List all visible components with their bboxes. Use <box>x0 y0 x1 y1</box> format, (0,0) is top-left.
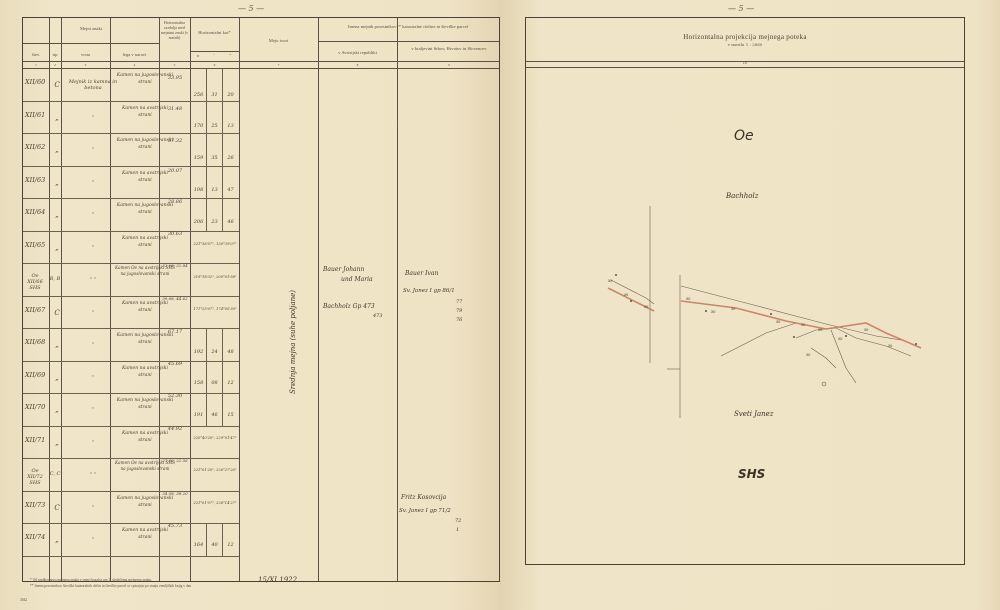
angle-pair: 221°01'07", 226°14'27" <box>191 501 239 505</box>
angle-min: 08 <box>207 380 222 386</box>
mark-kind: „ <box>63 339 123 345</box>
mark-number: XII/69 <box>25 371 45 379</box>
mark-kind: „ <box>63 177 123 183</box>
page-number: — 5 — <box>728 4 754 13</box>
col-num: 5 <box>159 62 190 68</box>
angle-deg: 198 <box>191 187 206 193</box>
owner-name: Bauer Ivan <box>405 270 438 277</box>
mark-kind: „ „ <box>63 469 123 475</box>
svg-text:XII: XII <box>711 310 715 314</box>
owner-parcel: 77 <box>456 299 462 305</box>
distance-value: 20.07 <box>160 168 190 174</box>
mark-number: XII/74 <box>25 533 45 541</box>
svg-text:XII: XII <box>686 297 690 301</box>
owner-name: Bauer Johann <box>323 266 364 273</box>
angle-sec: 46 <box>223 219 238 225</box>
mark-number: XII/68 <box>25 338 45 346</box>
distance-value: 45.69 <box>160 361 190 367</box>
table-row: Oe XII/72 SHS C, C „ „ Kamen Oe na avstr… <box>23 459 239 492</box>
left-page: — 5 — Mejni znaki Horizontalna razdalja … <box>0 0 500 610</box>
angle-sec: 48 <box>223 349 238 355</box>
imprint-number: 3042 <box>20 598 27 602</box>
boundary-map-sketch: XII XII XII XII XII XII XII XII XII XII … <box>526 18 966 566</box>
angle-deg: 206 <box>191 219 206 225</box>
header-owners-shs: v kraljevini Srbov, Hrvatov in Slovencev <box>397 46 501 52</box>
owner-name: Fritz Kosovcija <box>401 494 446 501</box>
mark-number: XII/60 <box>25 78 45 86</box>
distance-value: 39.08, 44.62 <box>160 296 190 301</box>
header-divider <box>190 51 239 52</box>
header-vrsta: vrsta <box>61 52 110 58</box>
divider <box>222 329 223 426</box>
divider <box>318 18 319 581</box>
mark-type: „ <box>51 244 63 252</box>
divider <box>222 69 223 231</box>
header-angle-min: ' <box>206 53 222 59</box>
owner-parcel: 473 <box>373 313 383 319</box>
angle-deg: 191 <box>191 412 206 418</box>
table-row: XII/71 „ „ Kamen na avstrijski strani <box>23 427 239 460</box>
angle-sec: 15 <box>223 412 238 418</box>
mark-location: Kamen na jugoslovanski strani <box>115 397 175 411</box>
angle-pair: 171°25'07", 174°05'30" <box>191 307 239 311</box>
owner-name: und Maria <box>341 276 373 283</box>
angle-min: 24 <box>207 349 222 355</box>
angle-deg: 192 <box>191 349 206 355</box>
header-horizontal-angle: Horizontalni kot* <box>190 30 239 36</box>
col-num: 2 <box>49 62 61 68</box>
header-divider <box>23 43 159 44</box>
mark-type: „ <box>51 536 63 544</box>
footnote: ** Imena posestnikov, številke katastral… <box>30 584 191 588</box>
mark-number: Oe XII/66 SHS <box>25 273 45 291</box>
mark-type: B, B <box>47 276 63 282</box>
svg-text:XII: XII <box>731 307 735 311</box>
boundary-type-note: Srednja mejna (suhe poljane) <box>289 262 297 422</box>
mark-number: XII/70 <box>25 403 45 411</box>
svg-text:XII: XII <box>776 320 780 324</box>
angle-sec: 20 <box>223 92 238 98</box>
angle-deg: 256 <box>191 92 206 98</box>
header-owners: Imena mejnih posestnikov** katastralne o… <box>323 24 493 30</box>
table-row: XII/73 C „ Kamen na jugoslovanski strani <box>23 492 239 525</box>
header-tip: tip <box>49 52 61 58</box>
header-divider <box>318 41 499 42</box>
angle-deg: 164 <box>191 542 206 548</box>
mark-type: „ <box>51 439 63 447</box>
distance-value: 30.63 <box>160 231 190 237</box>
owner-parcel: Bachholz Gp 473 <box>323 303 375 310</box>
angle-min: 23 <box>207 219 222 225</box>
angle-sec: 47 <box>223 187 238 193</box>
mark-kind: „ <box>63 372 123 378</box>
mark-type: „ <box>51 374 63 382</box>
mark-number: Oe XII/72 SHS <box>25 468 45 486</box>
col-num: 9 <box>397 62 501 68</box>
owner-parcel: 76 <box>456 317 462 323</box>
angle-sec: 26 <box>223 155 238 161</box>
col-num: 6 <box>190 62 239 68</box>
mark-kind: „ <box>63 112 123 118</box>
mark-kind: „ <box>63 242 123 248</box>
svg-text:XII: XII <box>624 293 628 297</box>
divider <box>206 69 207 231</box>
col-num: 8 <box>318 62 397 68</box>
mark-type: „ <box>51 406 63 414</box>
angle-min: 40 <box>207 542 222 548</box>
mark-kind: Mejnik iz kamna in betona <box>63 79 123 91</box>
mark-type: „ <box>51 146 63 154</box>
header-lega: lega v naravi <box>110 52 159 58</box>
angle-sec: 12 <box>223 542 238 548</box>
svg-text:XII: XII <box>888 344 892 348</box>
table-row: Oe XII/66 SHS B, B „ „ Kamen Oe na avstr… <box>23 264 239 297</box>
owner-parcel: Sv. Janez I gp 86/1 <box>403 288 455 294</box>
distance-value: 27.56, 22.56 <box>160 458 190 463</box>
mark-number: XII/63 <box>25 176 45 184</box>
mark-kind: „ <box>63 404 123 410</box>
svg-text:XII: XII <box>838 337 842 341</box>
table-row: XII/67 C „ Kamen na avstrijski strani <box>23 297 239 330</box>
owner-parcel: 72 <box>455 518 461 524</box>
svg-text:XII: XII <box>608 279 612 283</box>
projection-panel: Horizontalna projekcija mejnega poteka v… <box>525 17 965 565</box>
angle-min: 13 <box>207 187 222 193</box>
angle-pair: 219°18'32", 200°01'58" <box>191 275 239 279</box>
angle-sec: 12 <box>223 380 238 386</box>
header-owners-austria: v Avstrijski republiki <box>318 50 397 56</box>
distance-value: 44.92 <box>160 426 190 432</box>
mark-location: Kamen na avstrijski strani <box>115 527 175 541</box>
mark-number: XII/73 <box>25 501 45 509</box>
angle-min: 25 <box>207 123 222 129</box>
angle-deg: 170 <box>191 123 206 129</box>
table-row: XII/65 „ „ Kamen na avstrijski strani <box>23 232 239 265</box>
page-number: — 5 — <box>238 4 264 13</box>
mark-kind: „ <box>63 534 123 540</box>
mark-number: XII/62 <box>25 143 45 151</box>
mark-number: XII/61 <box>25 111 45 119</box>
mark-location: Kamen na jugoslovanski strani <box>115 495 175 509</box>
mark-number: XII/67 <box>25 306 45 314</box>
mark-type: C <box>51 504 63 512</box>
owner-parcel: 1 <box>456 527 459 533</box>
angle-pair: 221°36'07", 130°39'07" <box>191 242 239 246</box>
angle-sec: 13 <box>223 123 238 129</box>
owner-parcel: 79 <box>456 308 462 314</box>
divider <box>206 524 207 556</box>
mark-kind: „ <box>63 502 123 508</box>
header-stev: štev. <box>23 52 49 58</box>
distance-value: 45.73 <box>160 523 190 529</box>
divider <box>206 329 207 426</box>
distance-value: 67.17 <box>160 329 190 335</box>
mark-type: C <box>51 309 63 317</box>
mark-number: XII/64 <box>25 208 45 216</box>
mark-kind: „ <box>63 144 123 150</box>
divider <box>222 524 223 556</box>
angle-pair: 220°40'20", 229°01'47" <box>191 436 239 440</box>
mark-number: XII/71 <box>25 436 45 444</box>
col-num: 1 <box>23 62 49 68</box>
divider <box>397 18 398 581</box>
angle-min: 31 <box>207 92 222 98</box>
header-angle-deg: o <box>190 53 206 59</box>
footnote: * Od predhodnega mejnega znaka v smeri k… <box>30 578 152 582</box>
mark-location: Kamen na avstrijski strani <box>115 300 175 314</box>
distance-value: 31.48 <box>160 106 190 112</box>
divider <box>239 18 240 581</box>
svg-text:XII: XII <box>644 305 648 309</box>
distance-value: 33.95 <box>160 75 190 81</box>
distance-value: 37.32 <box>160 138 190 144</box>
angle-deg: 159 <box>191 155 206 161</box>
mark-type: C, C <box>47 471 63 477</box>
header-angle-sec: " <box>222 53 239 59</box>
header-horizontal-distance: Horizontalna razdalja med mejnimi znaki … <box>159 20 190 40</box>
mark-type: „ <box>51 211 63 219</box>
mark-type: „ <box>51 341 63 349</box>
col-num: 3 <box>61 62 110 68</box>
mark-kind: „ „ <box>63 274 123 280</box>
svg-text:XII: XII <box>818 328 822 332</box>
col-num: 7 <box>239 62 318 68</box>
mark-kind: „ <box>63 307 123 313</box>
owner-parcel: Sv. Janez I gp 71/2 <box>399 508 451 514</box>
mark-type: „ <box>51 114 63 122</box>
distance-value: 34.58, 38.20 <box>160 491 190 496</box>
angle-deg: 158 <box>191 380 206 386</box>
mark-type: C <box>51 81 63 89</box>
distance-value: 28.86 <box>160 199 190 205</box>
header-meja-tvori: Mejo tvori <box>239 38 318 44</box>
svg-text:XII: XII <box>801 323 805 327</box>
date-signature: 15/XI 1922 <box>258 576 297 584</box>
svg-text:XII: XII <box>806 353 810 357</box>
distance-value: 52.30 <box>160 393 190 399</box>
header-mejni-znaki: Mejni znaki <box>23 26 159 32</box>
distance-value: 32.08, 32.84 <box>160 263 190 268</box>
angle-pair: 221°01'20", 226°27'20" <box>191 468 239 472</box>
mark-kind: „ <box>63 209 123 215</box>
mark-type: „ <box>51 179 63 187</box>
angle-min: 35 <box>207 155 222 161</box>
col-num: 4 <box>110 62 159 68</box>
boundary-marks-table: Mejni znaki Horizontalna razdalja med me… <box>22 17 500 582</box>
mark-kind: „ <box>63 437 123 443</box>
angle-min: 46 <box>207 412 222 418</box>
mark-number: XII/65 <box>25 241 45 249</box>
svg-text:XII: XII <box>864 328 868 332</box>
